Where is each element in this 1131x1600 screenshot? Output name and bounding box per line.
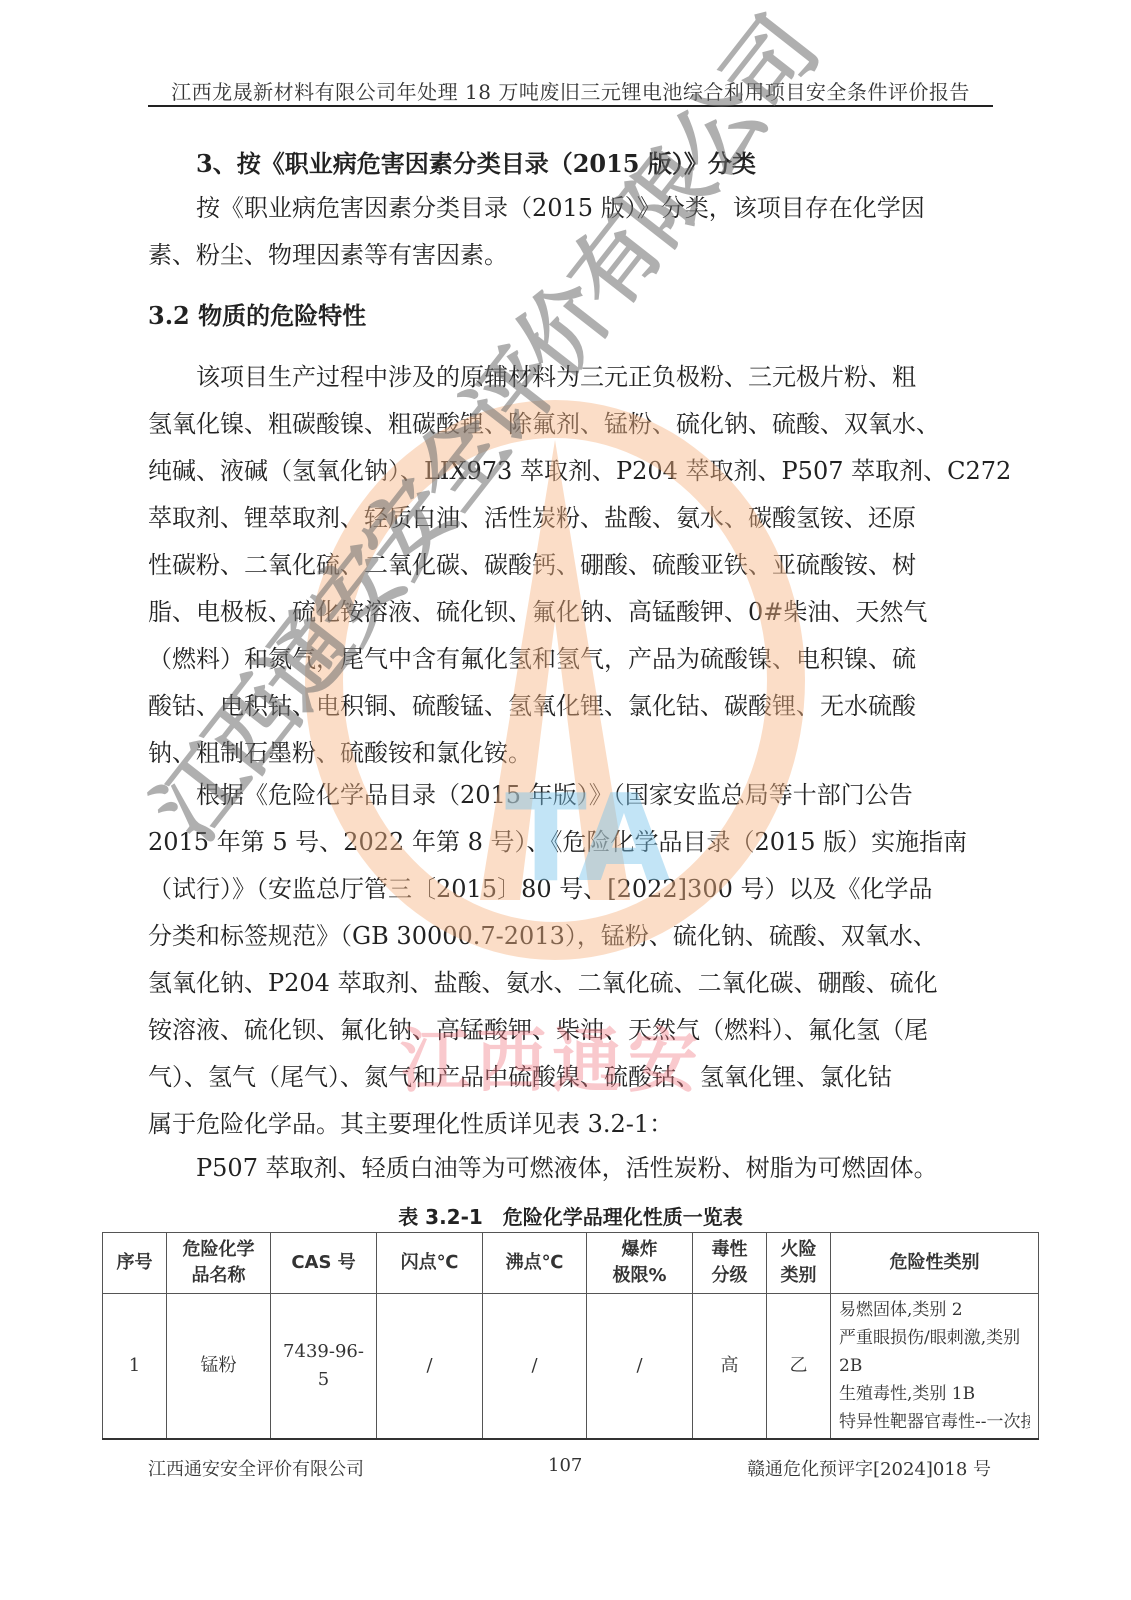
paragraph-occupational: 按《职业病危害因素分类目录（2015 版）》分类，该项目存在化学因 素、粉尘、物… bbox=[148, 185, 993, 279]
footer-company: 江西通安安全评价有限公司 bbox=[148, 1455, 364, 1481]
text-line: 氢氧化钠、P204 萃取剂、盐酸、氨水、二氧化硫、二氧化碳、硼酸、硫化 bbox=[148, 960, 993, 1007]
section-heading: 3.2 物质的危险特性 bbox=[148, 292, 993, 339]
hazard-line: 易燃固体,类别 2 bbox=[839, 1296, 1030, 1324]
text-line: 脂、电极板、硫化铵溶液、硫化钡、氟化钠、高锰酸钾、0#柴油、天然气 bbox=[148, 589, 993, 636]
text-line: 酸钴、电积钴、电积铜、硫酸锰、氢氧化锂、氯化钴、碳酸锂、无水硫酸 bbox=[148, 683, 993, 730]
text-line: 氢氧化镍、粗碳酸镍、粗碳酸锂、除氟剂、锰粉、硫化钠、硫酸、双氧水、 bbox=[148, 401, 993, 448]
text-line: 钠、粗制石墨粉、硫酸铵和氯化铵。 bbox=[148, 730, 993, 777]
table-header-row: 序号 危险化学 品名称 CAS 号 闪点℃ 沸点℃ 爆炸 极限% 毒性 分级 火… bbox=[103, 1233, 1039, 1294]
subheading-occupational: 3、按《职业病危害因素分类目录（2015 版）》分类 bbox=[148, 140, 993, 187]
text-line: 纯碱、液碱（氢氧化钠）、LIX973 萃取剂、P204 萃取剂、P507 萃取剂… bbox=[148, 448, 993, 495]
header-rule bbox=[148, 105, 993, 107]
text-line: 2015 年第 5 号、2022 年第 8 号）、《危险化学品目录（2015 版… bbox=[148, 819, 993, 866]
text-line: 根据《危险化学品目录（2015 年版）》（国家安监总局等十部门公告 bbox=[148, 772, 993, 819]
paragraph-catalog: 根据《危险化学品目录（2015 年版）》（国家安监总局等十部门公告 2015 年… bbox=[148, 772, 993, 1148]
col-header-explosion-limit: 爆炸 极限% bbox=[587, 1233, 693, 1294]
col-header-boiling-point: 沸点℃ bbox=[483, 1233, 587, 1294]
cell-flash-point: / bbox=[377, 1294, 483, 1440]
text-line: 气）、氢气（尾气）、氮气和产品中硫酸镍、硫酸钴、氢氧化锂、氯化钴 bbox=[148, 1054, 993, 1101]
table-row: 1 锰粉 7439-96- 5 / / / 高 乙 易燃固体,类别 2 严重眼损… bbox=[103, 1294, 1039, 1440]
text-line: 属于危险化学品。其主要理化性质详见表 3.2-1： bbox=[148, 1101, 993, 1148]
footer-doc-code: 赣通危化预评字[2024]018 号 bbox=[747, 1455, 991, 1481]
paragraph-flammable: P507 萃取剂、轻质白油等为可燃液体，活性炭粉、树脂为可燃固体。 bbox=[148, 1145, 993, 1192]
text-line: 素、粉尘、物理因素等有害因素。 bbox=[148, 232, 993, 279]
cell-cas: 7439-96- 5 bbox=[271, 1294, 377, 1440]
hazard-line: 2B bbox=[839, 1352, 1030, 1380]
cell-seq: 1 bbox=[103, 1294, 167, 1440]
text-line: 性碳粉、二氧化硫、二氧化碳、碳酸钙、硼酸、硫酸亚铁、亚硫酸铵、树 bbox=[148, 542, 993, 589]
text-line: （燃料）和氮气，尾气中含有氟化氢和氢气，产品为硫酸镍、电积镍、硫 bbox=[148, 636, 993, 683]
text-line: 萃取剂、锂萃取剂、轻质白油、活性炭粉、盐酸、氨水、碳酸氢铵、还原 bbox=[148, 495, 993, 542]
col-header-flash-point: 闪点℃ bbox=[377, 1233, 483, 1294]
cell-name: 锰粉 bbox=[167, 1294, 271, 1440]
cell-hazard-category: 易燃固体,类别 2 严重眼损伤/眼刺激,类别 2B 生殖毒性,类别 1B 特异性… bbox=[831, 1294, 1039, 1440]
cell-fire-class: 乙 bbox=[767, 1294, 831, 1440]
cell-boiling-point: / bbox=[483, 1294, 587, 1440]
text-line: 铵溶液、硫化钡、氟化钠、高锰酸钾、柴油、天然气（燃料）、氟化氢（尾 bbox=[148, 1007, 993, 1054]
hazardous-chemicals-table: 序号 危险化学 品名称 CAS 号 闪点℃ 沸点℃ 爆炸 极限% 毒性 分级 火… bbox=[102, 1232, 1039, 1440]
paragraph-materials: 该项目生产过程中涉及的原辅材料为三元正负极粉、三元极片粉、粗 氢氧化镍、粗碳酸镍… bbox=[148, 354, 993, 777]
cell-explosion-limit: / bbox=[587, 1294, 693, 1440]
col-header-name: 危险化学 品名称 bbox=[167, 1233, 271, 1294]
col-header-fire-class: 火险 类别 bbox=[767, 1233, 831, 1294]
col-header-toxicity: 毒性 分级 bbox=[693, 1233, 767, 1294]
hazard-line: 特异性靶器官毒性--一次接 bbox=[839, 1408, 1030, 1436]
running-header: 江西龙晟新材料有限公司年处理 18 万吨废旧三元锂电池综合利用项目安全条件评价报… bbox=[148, 76, 993, 105]
col-header-cas: CAS 号 bbox=[271, 1233, 377, 1294]
text-line: 按《职业病危害因素分类目录（2015 版）》分类，该项目存在化学因 bbox=[148, 185, 993, 232]
hazard-line: 严重眼损伤/眼刺激,类别 bbox=[839, 1324, 1030, 1352]
table-caption: 表 3.2-1 危险化学品理化性质一览表 bbox=[148, 1201, 993, 1230]
cell-toxicity: 高 bbox=[693, 1294, 767, 1440]
page-number: 107 bbox=[548, 1455, 582, 1476]
text-line: 该项目生产过程中涉及的原辅材料为三元正负极粉、三元极片粉、粗 bbox=[148, 354, 993, 401]
col-header-seq: 序号 bbox=[103, 1233, 167, 1294]
document-page: 江西龙晟新材料有限公司年处理 18 万吨废旧三元锂电池综合利用项目安全条件评价报… bbox=[0, 0, 1131, 1600]
col-header-hazard-category: 危险性类别 bbox=[831, 1233, 1039, 1294]
text-line: （试行）》（安监总厅管三〔2015〕80 号、[2022]300 号）以及《化学… bbox=[148, 866, 993, 913]
hazard-line: 生殖毒性,类别 1B bbox=[839, 1380, 1030, 1408]
text-line: 分类和标签规范》（GB 30000.7-2013），锰粉、硫化钠、硫酸、双氧水、 bbox=[148, 913, 993, 960]
